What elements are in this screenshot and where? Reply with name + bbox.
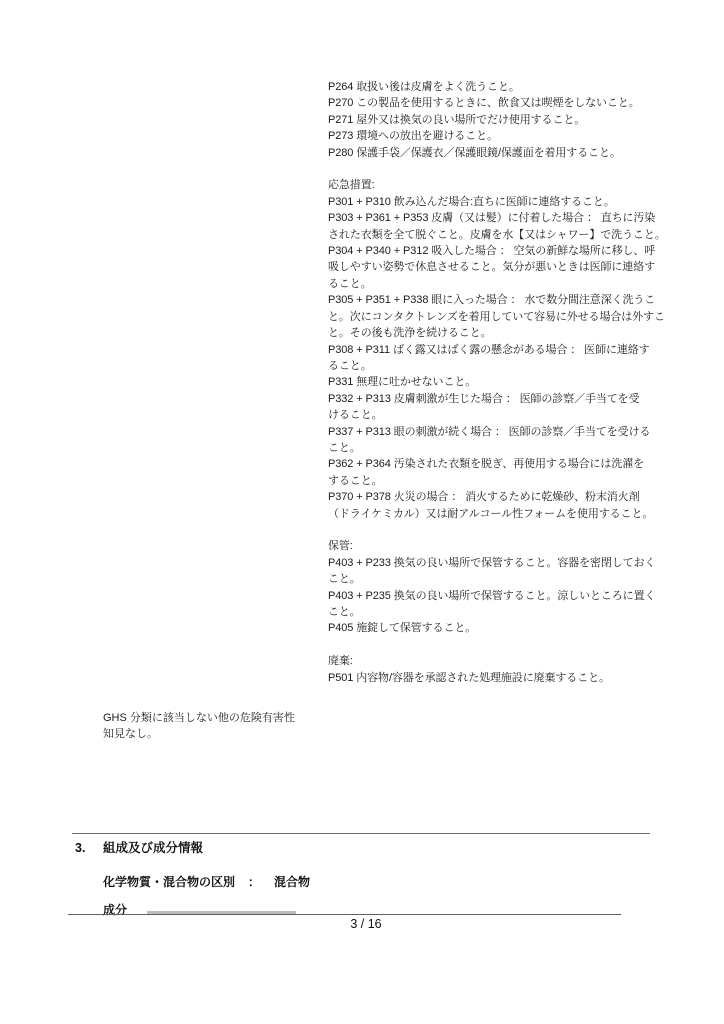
text-line: けること。: [328, 407, 664, 423]
text-line: P280 保護手袋／保護衣／保護眼鏡/保護面を着用すること。: [328, 145, 664, 161]
text-line: P501 内容物/容器を承認された処理施設に廃棄すること。: [328, 670, 664, 686]
text-line: P337 + P313 眼の刺激が続く場合 ： 医師の診察／手当てを受ける: [328, 424, 664, 440]
components-table-rule: [68, 914, 621, 915]
classification-label: 化学物質・混合物の区別: [103, 875, 235, 889]
components-table-rule-highlight: [147, 911, 296, 914]
text-line: ること。: [328, 358, 664, 374]
text-line: P403 + P233 換気の良い場所で保管すること。容器を密閉しておく: [328, 555, 664, 571]
text-line: ること。: [328, 276, 664, 292]
text-line: と。その後も洗浄を続けること。: [328, 325, 664, 341]
text-line: こと。: [328, 440, 664, 456]
text-line: [328, 161, 664, 177]
text-line: すること。: [328, 473, 664, 489]
text-line: （ドライケミカル）又は耐アルコール性フォームを使用すること。: [328, 506, 664, 522]
text-line: P362 + P364 汚染された衣類を脱ぎ、再使用する場合には洗濯を: [328, 456, 664, 472]
text-line: 保管:: [328, 538, 664, 554]
section-top-rule: [72, 833, 650, 834]
text-line: こと。: [328, 604, 664, 620]
text-line: 廃棄:: [328, 653, 664, 669]
text-line: 吸しやすい姿勢で休息させること。気分が悪いときは医師に連絡す: [328, 259, 664, 275]
precautionary-statements-column: P264 取扱い後は皮膚をよく洗うこと。P270 この製品を使用するときに、飲食…: [328, 79, 664, 686]
classification-value: 混合物: [274, 875, 310, 889]
text-line: P370 + P378 火災の場合 ： 消火するために乾燥砂、粉末消火剤: [328, 489, 664, 505]
text-line: P331 無理に吐かせないこと。: [328, 374, 664, 390]
page-number: 3 / 16: [316, 917, 416, 931]
text-line: こと。: [328, 571, 664, 587]
section-title: 組成及び成分情報: [103, 841, 203, 855]
text-line: [328, 522, 664, 538]
text-line: P403 + P235 換気の良い場所で保管すること。涼しいところに置く: [328, 588, 664, 604]
text-line: P303 + P361 + P353 皮膚（又は髪）に付着した場合 ： 直ちに汚…: [328, 210, 664, 226]
text-line: P271 屋外又は換気の良い場所でだけ使用すること。: [328, 112, 664, 128]
text-line: P301 + P310 飲み込んだ場合:直ちに医師に連絡すること。: [328, 194, 664, 210]
text-line: [328, 637, 664, 653]
text-line: GHS 分類に該当しない他の危険有害性: [103, 710, 295, 726]
section-number: 3.: [75, 841, 103, 855]
other-hazards-note: GHS 分類に該当しない他の危険有害性知見なし。: [103, 710, 295, 743]
components-subheading: 成分: [103, 901, 127, 918]
section-3-heading: 3.組成及び成分情報: [75, 838, 203, 856]
chemical-classification-row: 化学物質・混合物の区別：混合物: [103, 873, 310, 890]
text-line: P273 環境への放出を避けること。: [328, 128, 664, 144]
text-line: P332 + P313 皮膚刺激が生じた場合 ： 医師の診察／手当てを受: [328, 391, 664, 407]
sds-document-page: P264 取扱い後は皮膚をよく洗うこと。P270 この製品を使用するときに、飲食…: [0, 0, 724, 1024]
classification-separator: ：: [248, 875, 260, 889]
text-line: と。次にコンタクトレンズを着用していて容易に外せる場合は外すこ: [328, 309, 664, 325]
text-line: P405 施錠して保管すること。: [328, 620, 664, 636]
text-line: P270 この製品を使用するときに、飲食又は喫煙をしないこと。: [328, 95, 664, 111]
text-line: P308 + P311 ばく露又はばく露の懸念がある場合 ： 医師に連絡す: [328, 342, 664, 358]
text-line: された衣類を全て脱ぐこと。皮膚を水【又はシャワー】で洗うこと。: [328, 227, 664, 243]
text-line: 応急措置:: [328, 177, 664, 193]
text-line: P304 + P340 + P312 吸入した場合 ： 空気の新鮮な場所に移し、…: [328, 243, 664, 259]
text-line: P305 + P351 + P338 眼に入った場合 ： 水で数分間注意深く洗う…: [328, 292, 664, 308]
text-line: P264 取扱い後は皮膚をよく洗うこと。: [328, 79, 664, 95]
text-line: 知見なし。: [103, 726, 295, 742]
